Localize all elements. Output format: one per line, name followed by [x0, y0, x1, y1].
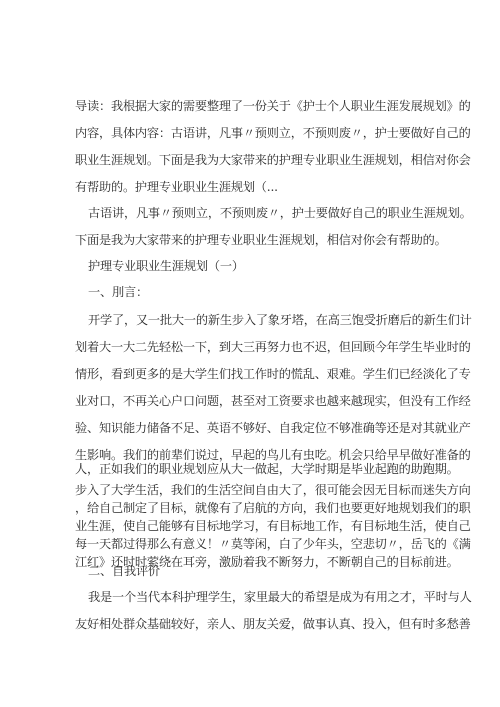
paragraph-line: 业对口，不再关心户口问题，甚至对工资要求也越来越现实，但没有工作经	[75, 393, 431, 409]
paragraph-line: 人，正如我们的职业规划应从大一做起，大学时期是毕业起跑的助跑期。	[75, 461, 431, 477]
heading-self-evaluation: 二、自我评价	[88, 563, 431, 579]
paragraph-line: 古语讲，凡事〃预则立，不预则废〃，护士要做好自己的职业生涯规划。	[88, 205, 431, 221]
paragraph-line: ，给自己制定了目标，就像有了启航的方向，我们也要更好地规划我们的职	[75, 500, 431, 516]
paragraph-line: 验、知识能力储备不足、英语不够好、自我定位不够准确等还是对其就业产	[75, 420, 431, 436]
intro-line: 有帮助的。护理专业职业生涯规划（...	[75, 179, 431, 195]
intro-line: 导读：我根据大家的需要整理了一份关于《护士个人职业生涯发展规划》的	[75, 98, 431, 114]
section-title: 护理专业职业生涯规划（一）	[88, 258, 431, 274]
paragraph-line: 划着大一大二先轻松一下，到大三再努力也不迟，但回顾今年学生毕业时的	[75, 339, 431, 355]
intro-line: 职业生涯规划。下面是我为大家带来的护理专业职业生涯规划，相信对你会	[75, 152, 431, 168]
document-page: 导读：我根据大家的需要整理了一份关于《护士个人职业生涯发展规划》的 内容，具体内…	[0, 0, 500, 707]
paragraph-line: 我是一个当代本科护理学生，家里最大的希望是成为有用之才，平时与人	[88, 589, 431, 605]
paragraph-line: 下面是我为大家带来的护理专业职业生涯规划，相信对你会有帮助的。	[75, 232, 431, 248]
paragraph-line: 情形，看到更多的是大学生们找工作时的慌乱、艰难。学生们已经淡化了专	[75, 366, 431, 382]
paragraph-line: 开学了，又一批大一的新生步入了象牙塔，在高三饱受折磨后的新生们计	[88, 312, 431, 328]
intro-line: 内容，具体内容：古语讲，凡事〃预则立，不预则废〃，护士要做好自己的	[75, 125, 431, 141]
paragraph-line: 友好相处群众基础较好，亲人、朋友关爱，做事认真、投入，但有时多愁善	[75, 616, 431, 632]
paragraph-line: 每一天都过得那么有意义！〃莫等闲，白了少年头，空悲切〃，岳飞的《满	[75, 536, 431, 552]
paragraph-line: 步入了大学生活，我们的生活空间自由大了，很可能会因无目标而迷失方向	[75, 482, 431, 498]
heading-preface: 一、刖言：	[88, 284, 431, 300]
paragraph-line: 业生涯，使自己能够有目标地学习，有目标地工作，有目标地生活，使自己	[75, 518, 431, 534]
